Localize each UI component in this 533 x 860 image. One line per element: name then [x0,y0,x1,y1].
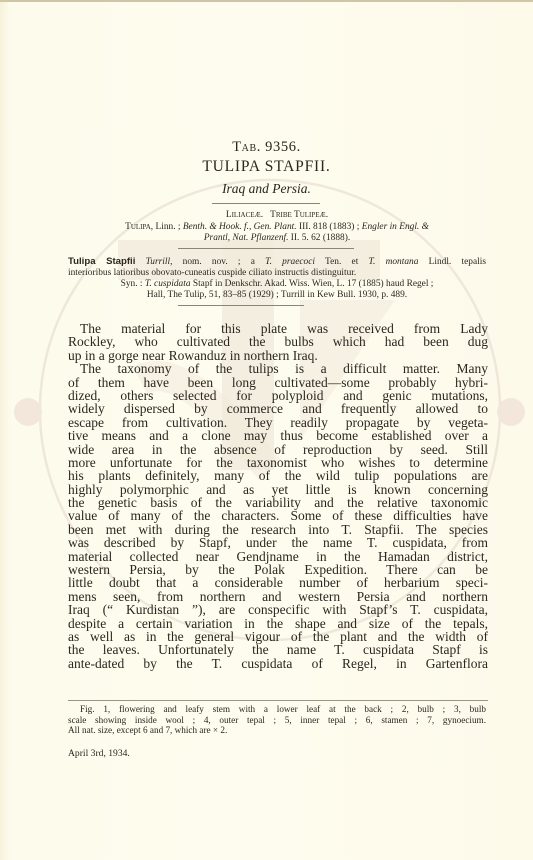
synonymy-prefix: Syn. : [121,279,145,289]
body-line: little doubt that a considerable number … [68,576,488,589]
body-line: of them have been long cultivated—some p… [68,376,488,389]
body-line: as well as in the general vigour of the … [68,630,488,643]
body-line: Iraq (“ Kurdistan ”), are conspecific wi… [68,603,488,616]
caption-line: Fig. 1, flowering and leafy stem with a … [68,704,486,715]
genus-citation-line-1: Tulipa, Linn. ; Benth. & Hook. f., Gen. … [68,222,486,233]
body-line: The taxonomy of the tulips is a difficul… [68,362,488,375]
caption-line: scale showing inside wool ; 4, outer tep… [68,715,486,726]
synonymy: Syn. : T. cuspidata Stapf in Denkschr. A… [68,279,486,302]
body-line: the leaves. Unfortunately the name T. cu… [68,643,488,656]
synonymy-line-1: Syn. : T. cuspidata Stapf in Denkschr. A… [68,279,486,290]
species-name: Tulipa Stapfii [68,256,135,267]
comparison-author-1: Ten. et [315,257,369,267]
body-line: been met with during the research into T… [68,523,488,536]
body-line: escape from cultivation. They readily pr… [68,416,488,429]
family-name: Liliaceæ. [226,210,263,220]
comparison-species-2: T. montana [369,257,419,267]
page-top-edge [0,0,533,2]
body-line: value of many of the characters. Some of… [68,509,488,522]
species-author: Turrill [146,257,171,267]
body-line: dized, others selected for polyploid and… [68,389,488,402]
body-line: western Persia, by the Polak Expedition.… [68,563,488,576]
body-line: wide area in the absence of reproduction… [68,443,488,456]
family-line: Liliaceæ. Tribe Tulipeæ. [68,210,486,221]
genus-citation-line-2: Prantl, Nat. Pflanzenf. II. 5. 62 (1888)… [68,233,486,244]
body-line: the genetic basis of the variability and… [68,496,488,509]
genus-ref-1: Benth. & Hook. f., Gen. Plant. [183,222,297,232]
body-line: his plants definitely, many of the wild … [68,469,488,482]
body-line: was described by Stapf, under the name T… [68,536,488,549]
genus-ref-2: Engler in Engl. & [362,222,429,232]
body-line: The material for this plate was received… [68,322,488,335]
body-line: tive means and a clone may thus become e… [68,429,488,442]
body-line: ante-dated by the T. cuspidata of Regel,… [68,657,488,670]
genus-ref-1-volume: III. 818 (1883) ; [297,222,362,232]
tribe-name: Tribe Tulipeæ. [270,210,328,220]
body-line: more unfortunate for the taxonomist who … [68,456,488,469]
synonymy-line-1-rest: Stapf in Denkschr. Akad. Wiss. Wien, L. … [191,279,434,289]
divider-middle [178,248,354,249]
body-line: mens seen, from northern and western Per… [68,590,488,603]
comparison-species-1: T. praecoci [265,257,315,267]
synonymy-line-2: Hall, The Tulip, 51, 83–85 (1929) ; Turr… [68,290,486,301]
diagnosis-line-1: Tulipa Stapfii Turrill, nom. nov. ; a T.… [68,256,486,268]
diagnosis-line-1-rest: Lindl. tepalis [418,257,486,267]
figure-caption: Fig. 1, flowering and leafy stem with a … [68,704,486,736]
nomen-status: , nom. nov. ; a [170,257,265,267]
body-line: highly polymorphic and as yet little is … [68,483,488,496]
caption-line: All nat. size, except 6 and 7, which are… [68,725,486,736]
divider-lower [178,305,304,306]
body-line: despite a certain variation in the shape… [68,617,488,630]
synonym-name: T. cuspidata [145,279,191,289]
body-line: Rockley, who cultivated the bulbs which … [68,335,488,348]
body-line: material collected near Gendjname in the… [68,550,488,563]
species-title: TULIPA STAPFII. [0,158,533,176]
body-text: The material for this plate was received… [68,322,488,670]
caption-divider [68,700,488,701]
genus-ref-2-volume: II. 5. 62 (1888). [288,233,350,243]
divider-top [212,203,320,204]
genus-citation: Tulipa, Linn. ; Benth. & Hook. f., Gen. … [68,222,486,245]
body-line: up in a gorge near Rowanduz in northern … [68,349,488,362]
genus-ref-2-cont: Prantl, Nat. Pflanzenf. [204,233,289,243]
plate-number: Tab. 9356. [0,139,533,156]
genus-author: , Linn. ; [151,222,183,232]
publication-date: April 3rd, 1934. [68,748,130,759]
latin-diagnosis: Tulipa Stapfii Turrill, nom. nov. ; a T.… [68,256,486,280]
genus-name: Tulipa [125,222,151,232]
distribution-subtitle: Iraq and Persia. [0,181,533,197]
body-line: widely dispersed by commerce and frequen… [68,402,488,415]
